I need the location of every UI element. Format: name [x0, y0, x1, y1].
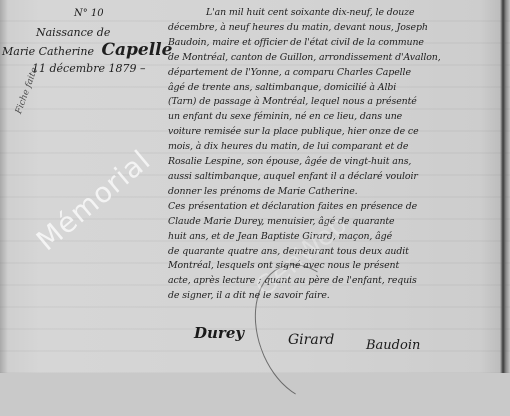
heading-child-name: Marie Catherine Capelle [2, 40, 172, 60]
margin-column: N° 10 Naissance de Marie Catherine Capel… [0, 0, 165, 373]
record-body: L'an mil huit cent soixante dix-neuf, le… [168, 6, 498, 304]
body-line: de quarante quatre ans, demeurant tous d… [168, 245, 498, 260]
body-line: Rosalie Lespine, son épouse, âgée de vin… [168, 155, 498, 170]
heading-naissance: Naissance de [36, 26, 110, 39]
heading-given-names: Marie Catherine [2, 45, 94, 58]
register-page: N° 10 Naissance de Marie Catherine Capel… [0, 0, 510, 373]
body-line: Montréal, lesquels ont signé avec nous l… [168, 259, 498, 274]
record-number: N° 10 [74, 8, 104, 19]
heading-date: 11 décembre 1879 – [32, 62, 145, 75]
body-line: huit ans, et de Jean Baptiste Girard, ma… [168, 230, 498, 245]
body-line: Claude Marie Durey, menuisier, âgé de qu… [168, 215, 498, 230]
body-line: Baudoin, maire et officier de l'état civ… [168, 36, 498, 51]
margin-side-note: Fiche faite [14, 66, 40, 115]
heading-surname: Capelle [101, 40, 172, 60]
body-line: mois, à dix heures du matin, de lui comp… [168, 140, 498, 155]
body-line: aussi saltimbanque, auquel enfant il a d… [168, 170, 498, 185]
signature-durey: Durey [194, 324, 244, 342]
signature-baudoin: Baudoin [366, 338, 420, 353]
body-line: (Tarn) de passage à Montréal, lequel nou… [168, 95, 498, 110]
body-line: donner les prénoms de Marie Catherine. [168, 185, 498, 200]
body-line: de Montréal, canton de Guillon, arrondis… [168, 51, 498, 66]
body-line: un enfant du sexe féminin, né en ce lieu… [168, 110, 498, 125]
signature-block: Durey Girard Baudoin [168, 318, 498, 373]
body-line: voiture remisée sur la place publique, h… [168, 125, 498, 140]
body-line: Ces présentation et déclaration faites e… [168, 200, 498, 215]
body-line: L'an mil huit cent soixante dix-neuf, le… [168, 6, 498, 21]
body-line: décembre, à neuf heures du matin, devant… [168, 21, 498, 36]
body-line: âgé de trente ans, saltimbanque, domicil… [168, 81, 498, 96]
signature-girard: Girard [288, 332, 334, 348]
body-line: département de l'Yonne, a comparu Charle… [168, 66, 498, 81]
